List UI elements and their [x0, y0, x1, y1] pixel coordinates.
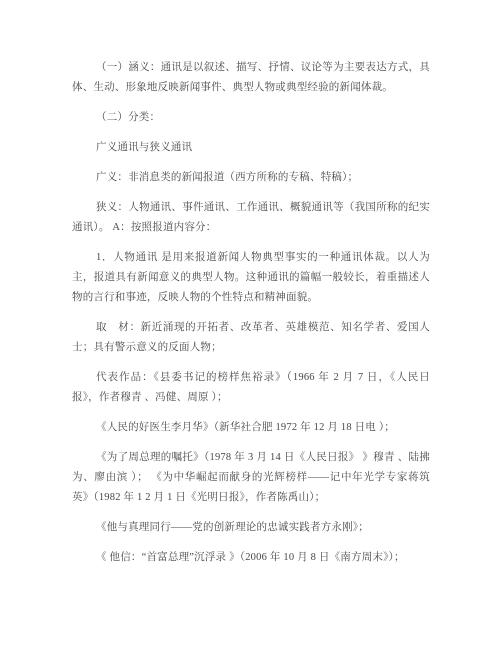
para-work-li-yuehua: 《人民的好医生李月华》（新华社合肥 1972 年 12 月 18 日电 ）；: [72, 418, 430, 438]
para-definition: （一）涵义：通讯是以叙述、描写、抒情、议论等为主要表达方式，具体、生动、形象地反…: [72, 58, 430, 98]
para-narrow-sense: 狭义：人物通讯、事件通讯、工作通讯、概貌通讯等（我国所称的纪实通讯）。 A：按照…: [72, 198, 430, 238]
para-classification: （二）分类：: [72, 108, 430, 128]
para-work-fang-yonggang: 《他与真理同行——党的创新理论的忠诚实践者方永刚》；: [72, 518, 430, 538]
para-work-zhou-premier: 《为了周总理的嘱托》（1978 年 3 月 14 日《人民日报》 》穆青 、陆拂…: [72, 448, 430, 508]
para-subjects: 取 材：新近涌现的开拓者、改革者、英雄模范、知名学者、爱国人士；具有警示意义的反…: [72, 318, 430, 358]
para-broad-sense: 广义：非消息类的新闻报道（西方所称的专稿、特稿）；: [72, 168, 430, 188]
para-representative-works: 代表作品：《县委书记的榜样焦裕录》（1966 年 2 月 7 日，《人民日报》，…: [72, 368, 430, 408]
para-person-communication: 1．人物通讯 是用来报道新闻人物典型事实的一种通讯体裁。以人为主，报道具有新闻意…: [72, 248, 430, 308]
para-work-thaksin: 《 他信：“首富总理”沉浮录 》（2006 年 10 月 8 日《南方周末》）；: [72, 548, 430, 568]
document-page: （一）涵义：通讯是以叙述、描写、抒情、议论等为主要表达方式，具体、生动、形象地反…: [0, 0, 500, 647]
para-broad-vs-narrow: 广义通讯与狭义通讯: [72, 138, 430, 158]
